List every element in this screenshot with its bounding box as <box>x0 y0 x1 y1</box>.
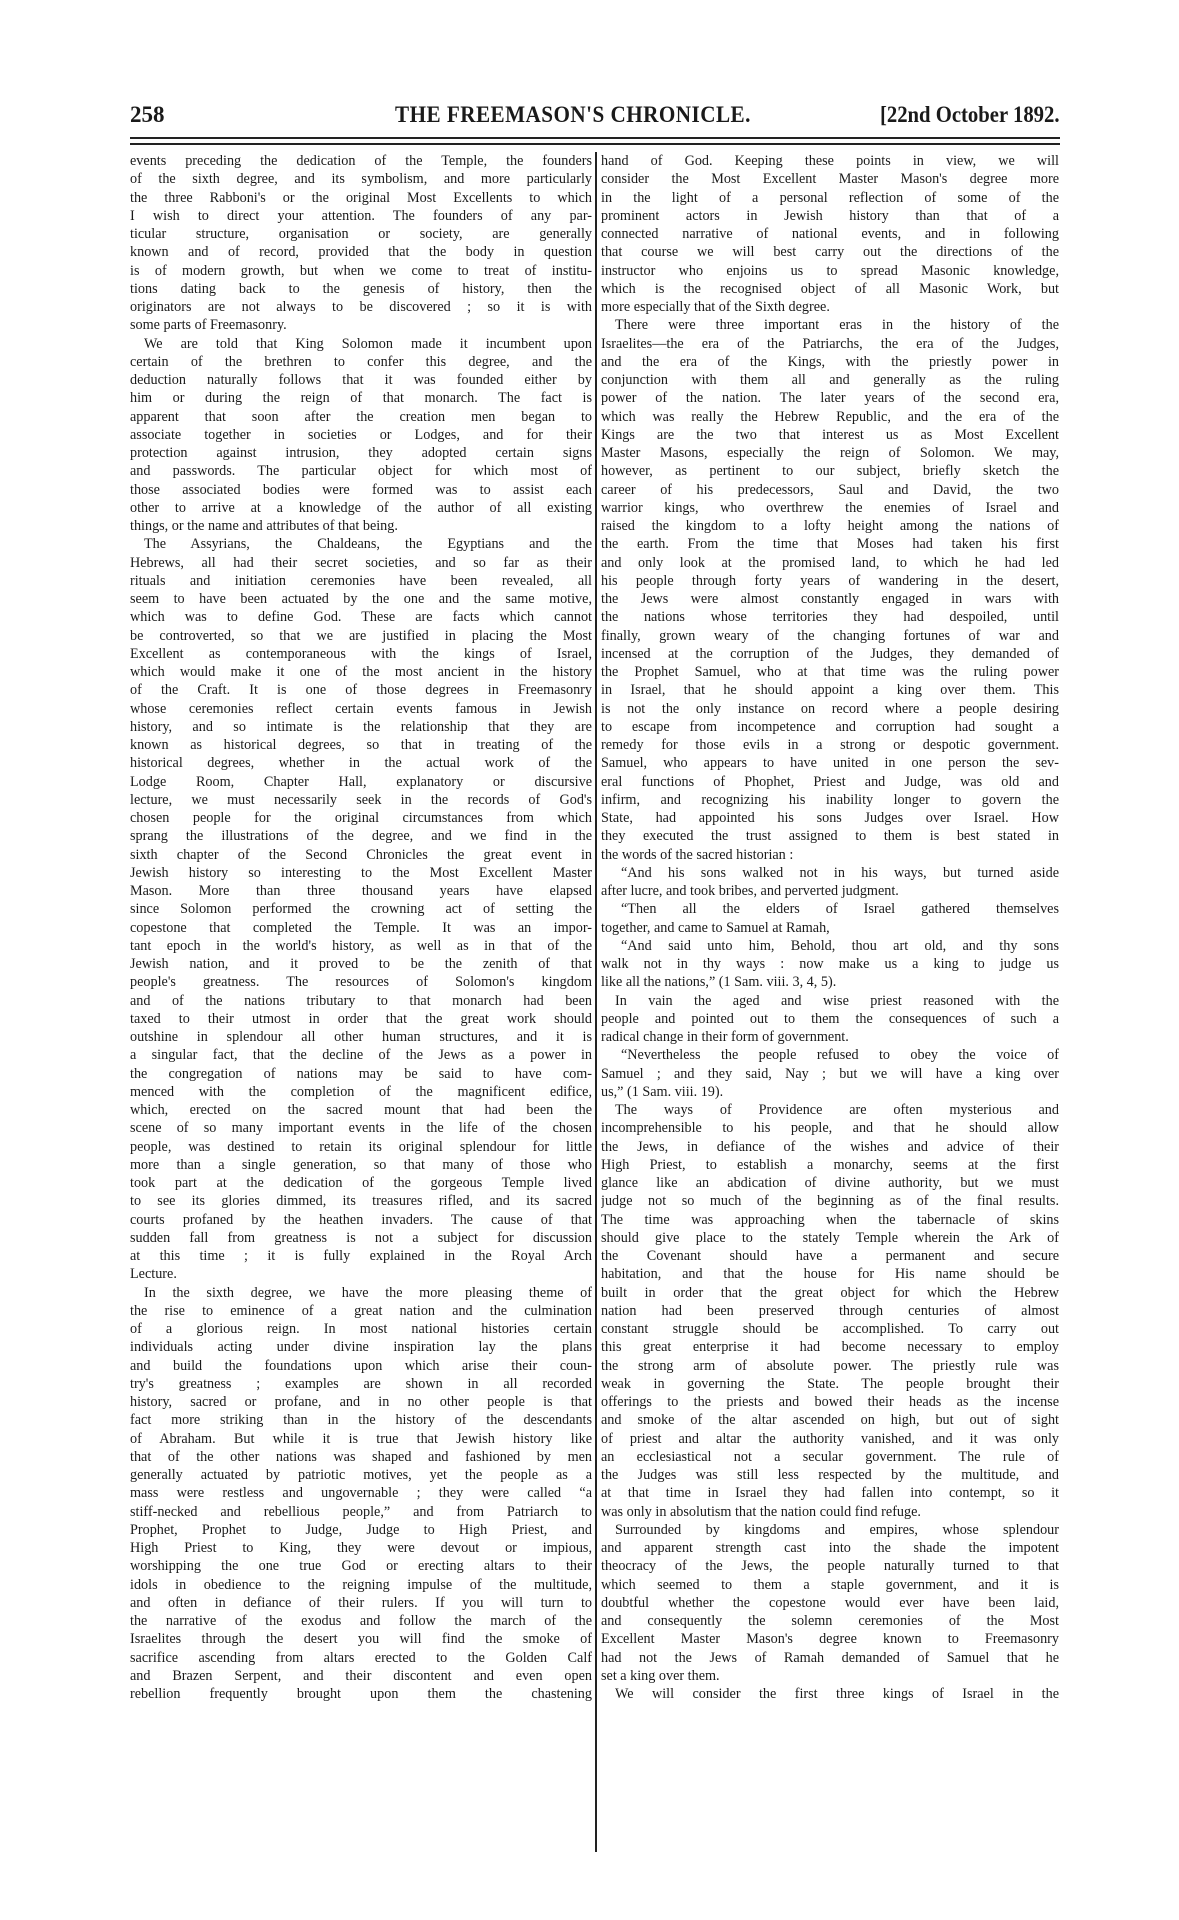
text-line: more than a single generation, so that m… <box>130 1156 592 1174</box>
text-line: like all the nations,” (1 Sam. viii. 3, … <box>601 973 1059 991</box>
text-line: people's greatness. The resources of Sol… <box>130 973 592 991</box>
text-line: offerings to the priests and bowed their… <box>601 1393 1059 1411</box>
text-line: and often in defiance of their rulers. I… <box>130 1594 592 1612</box>
text-line: Kings are the two that interest us as Mo… <box>601 426 1059 444</box>
text-line: other to arrive at a knowledge of the au… <box>130 499 592 517</box>
text-line: known and of record, provided that the b… <box>130 243 592 261</box>
text-line: which would make it one of the most anci… <box>130 663 592 681</box>
text-line: constant struggle should be accomplished… <box>601 1320 1059 1338</box>
text-line: Prophet, Prophet to Judge, Judge to High… <box>130 1521 592 1539</box>
text-line: remedy for those evils in a strong or de… <box>601 736 1059 754</box>
text-line: Samuel, who appears to have united in on… <box>601 754 1059 772</box>
text-line: in the light of a personal reflection of… <box>601 189 1059 207</box>
text-line: “Then all the elders of Israel gathered … <box>601 900 1059 918</box>
text-line: generally actuated by patriotic motives,… <box>130 1466 592 1484</box>
text-line: built in order that the great object for… <box>601 1284 1059 1302</box>
text-line: the words of the sacred historian : <box>601 846 1059 864</box>
text-line: incensed at the corruption of the Judges… <box>601 645 1059 663</box>
text-line: that course we will best carry out the d… <box>601 243 1059 261</box>
text-line: had not the Jews of Ramah demanded of Sa… <box>601 1649 1059 1667</box>
text-line: infirm, and recognizing his inability lo… <box>601 791 1059 809</box>
text-line: The time was approaching when the tabern… <box>601 1211 1059 1229</box>
text-line: and passwords. The particular object for… <box>130 462 592 480</box>
text-line: history, sacred or profane, and in no ot… <box>130 1393 592 1411</box>
text-line: Jewish nation, and it proved to be the z… <box>130 955 592 973</box>
text-line: is of modern growth, but when we come to… <box>130 262 592 280</box>
text-line: Excellent as contemporaneous with the ki… <box>130 645 592 663</box>
text-line: try's greatness ; examples are shown in … <box>130 1375 592 1393</box>
text-line: historical degrees, whether in the actua… <box>130 754 592 772</box>
text-line: Samuel ; and they said, Nay ; but we wil… <box>601 1065 1059 1083</box>
text-line: the Prophet Samuel, who at that time was… <box>601 663 1059 681</box>
text-line: sudden fall from greatness is not a subj… <box>130 1229 592 1247</box>
text-line: which seemed to them a staple government… <box>601 1576 1059 1594</box>
text-line: conjunction with them all and generally … <box>601 371 1059 389</box>
text-line: chosen people for the original circumsta… <box>130 809 592 827</box>
text-line: and apparent strength cast into the shad… <box>601 1539 1059 1557</box>
text-line: at that time in Israel they had fallen i… <box>601 1484 1059 1502</box>
text-line: was only in absolutism that the nation c… <box>601 1503 1059 1521</box>
text-line: should give place to the stately Temple … <box>601 1229 1059 1247</box>
text-line: however, as pertinent to our subject, br… <box>601 462 1059 480</box>
text-line: scene of so many important events in the… <box>130 1119 592 1137</box>
text-line: apparent that soon after the creation me… <box>130 408 592 426</box>
text-line: tant epoch in the world's history, as we… <box>130 937 592 955</box>
text-line: sixth chapter of the Second Chronicles t… <box>130 846 592 864</box>
text-line: walk not in thy ways : now make us a kin… <box>601 955 1059 973</box>
text-line: the Jews were almost constantly engaged … <box>601 590 1059 608</box>
text-line: of the sixth degree, and its symbolism, … <box>130 170 592 188</box>
text-line: and consequently the solemn ceremonies o… <box>601 1612 1059 1630</box>
text-line: which is the recognised object of all Ma… <box>601 280 1059 298</box>
text-line: prominent actors in Jewish history than … <box>601 207 1059 225</box>
text-line: Israelites through the desert you will f… <box>130 1630 592 1648</box>
text-line: which, erected on the sacred mount that … <box>130 1101 592 1119</box>
text-line: which was to define God. These are facts… <box>130 608 592 626</box>
text-line: and build the foundations upon which ari… <box>130 1357 592 1375</box>
text-line: people and pointed out to them the conse… <box>601 1010 1059 1028</box>
text-line: The Assyrians, the Chaldeans, the Egypti… <box>130 535 592 553</box>
text-line: things, or the name and attributes of th… <box>130 517 592 535</box>
masthead: 258 THE FREEMASON'S CHRONICLE. [22nd Oct… <box>130 102 1060 132</box>
text-line: protection against intrusion, they adopt… <box>130 444 592 462</box>
text-line: of priest and altar the authority vanish… <box>601 1430 1059 1448</box>
text-line: I wish to direct your attention. The fou… <box>130 207 592 225</box>
text-line: career of his predecessors, Saul and Dav… <box>601 481 1059 499</box>
text-line: weak in governing the State. The people … <box>601 1375 1059 1393</box>
text-line: finally, grown weary of the changing for… <box>601 627 1059 645</box>
text-line: to see its glories dimmed, its treasures… <box>130 1192 592 1210</box>
text-line: menced with the completion of the magnif… <box>130 1083 592 1101</box>
text-line: the earth. From the time that Moses had … <box>601 535 1059 553</box>
text-line: stiff-necked and rebellious people,” and… <box>130 1503 592 1521</box>
text-line: the Jews, in defiance of the wishes and … <box>601 1138 1059 1156</box>
text-line: certain of the brethren to confer this d… <box>130 353 592 371</box>
text-line: the Judges was still less respected by t… <box>601 1466 1059 1484</box>
column-divider <box>595 152 597 1852</box>
text-line: is not the only instance on record where… <box>601 700 1059 718</box>
text-line: Lodge Room, Chapter Hall, explanatory or… <box>130 773 592 791</box>
page-number: 258 <box>130 102 165 128</box>
text-line: consider the Most Excellent Master Mason… <box>601 170 1059 188</box>
text-line: known as historical degrees, so that in … <box>130 736 592 754</box>
text-line: events preceding the dedication of the T… <box>130 152 592 170</box>
text-line: judge not so much of the beginning as of… <box>601 1192 1059 1210</box>
text-line: In vain the aged and wise priest reasone… <box>601 992 1059 1010</box>
text-line: sprang the illustrations of the degree, … <box>130 827 592 845</box>
text-line: set a king over them. <box>601 1667 1059 1685</box>
text-line: they executed the trust assigned to them… <box>601 827 1059 845</box>
text-line: We are told that King Solomon made it in… <box>130 335 592 353</box>
text-line: associate together in societies or Lodge… <box>130 426 592 444</box>
publication-title: THE FREEMASON'S CHRONICLE. <box>395 102 751 128</box>
text-line: in Israel, that he should appoint a king… <box>601 681 1059 699</box>
text-line: more especially that of the Sixth degree… <box>601 298 1059 316</box>
text-line: theocracy of the Jews, the people natura… <box>601 1557 1059 1575</box>
text-line: of Abraham. But while it is true that Je… <box>130 1430 592 1448</box>
text-line: this great enterprise it had become nece… <box>601 1338 1059 1356</box>
text-line: mass were restless and ungovernable ; th… <box>130 1484 592 1502</box>
text-line: since Solomon performed the crowning act… <box>130 900 592 918</box>
text-line: “And his sons walked not in his ways, bu… <box>601 864 1059 882</box>
text-line: and only look at the promised land, to w… <box>601 554 1059 572</box>
text-line: the three Rabboni's or the original Most… <box>130 189 592 207</box>
text-line: sacrifice ascending from altars erected … <box>130 1649 592 1667</box>
text-line: warrior kings, who overthrew the enemies… <box>601 499 1059 517</box>
text-line: that of the other nations was shaped and… <box>130 1448 592 1466</box>
text-line: Lecture. <box>130 1265 592 1283</box>
text-line: ticular structure, organisation or socie… <box>130 225 592 243</box>
text-line: We will consider the first three kings o… <box>601 1685 1059 1703</box>
text-line: worshipping the one true God or erecting… <box>130 1557 592 1575</box>
text-line: us,” (1 Sam. viii. 19). <box>601 1083 1059 1101</box>
issue-date: [22nd October 1892. <box>880 102 1060 128</box>
text-line: Hebrews, all had their secret societies,… <box>130 554 592 572</box>
text-line: radical change in their form of governme… <box>601 1028 1059 1046</box>
left-column: events preceding the dedication of the T… <box>130 152 592 1703</box>
text-line: Master Masons, especially the reign of S… <box>601 444 1059 462</box>
text-line: the narrative of the exodus and follow t… <box>130 1612 592 1630</box>
text-line: the Covenant should have a permanent and… <box>601 1247 1059 1265</box>
text-line: tions dating back to the genesis of hist… <box>130 280 592 298</box>
text-line: State, had appointed his sons Judges ove… <box>601 809 1059 827</box>
text-line: his people through forty years of wander… <box>601 572 1059 590</box>
text-line: courts profaned by the heathen invaders.… <box>130 1211 592 1229</box>
text-line: and of the nations tributary to that mon… <box>130 992 592 1010</box>
text-line: a singular fact, that the decline of the… <box>130 1046 592 1064</box>
text-line: those associated bodies were formed was … <box>130 481 592 499</box>
text-line: the strong arm of absolute power. The pr… <box>601 1357 1059 1375</box>
text-line: individuals acting under divine inspirat… <box>130 1338 592 1356</box>
text-line: be controverted, so that we are justifie… <box>130 627 592 645</box>
text-line: to escape from incompetence and corrupti… <box>601 718 1059 736</box>
text-line: incomprehensible to his people, and that… <box>601 1119 1059 1137</box>
text-line: copestone that completed the Temple. It … <box>130 919 592 937</box>
text-line: “And said unto him, Behold, thou art old… <box>601 937 1059 955</box>
text-line: people, was destined to retain its origi… <box>130 1138 592 1156</box>
text-line: taxed to their utmost in order that the … <box>130 1010 592 1028</box>
text-line: connected narrative of national events, … <box>601 225 1059 243</box>
text-line: originators are not always to be discove… <box>130 298 592 316</box>
text-line: him or during the reign of that monarch.… <box>130 389 592 407</box>
text-line: rituals and initiation ceremonies have b… <box>130 572 592 590</box>
text-line: raised the kingdom to a lofty height amo… <box>601 517 1059 535</box>
text-line: Mason. More than three thousand years ha… <box>130 882 592 900</box>
text-line: of a glorious reign. In most national hi… <box>130 1320 592 1338</box>
text-line: and Brazen Serpent, and their discontent… <box>130 1667 592 1685</box>
text-line: and the era of the Kings, with the pries… <box>601 353 1059 371</box>
text-line: an ecclesiastical not a secular governme… <box>601 1448 1059 1466</box>
text-line: some parts of Freemasonry. <box>130 316 592 334</box>
header-rule <box>130 137 1060 145</box>
text-line: glance like an abdication of divine auth… <box>601 1174 1059 1192</box>
text-line: lecture, we must necessarily seek in the… <box>130 791 592 809</box>
text-line: Surrounded by kingdoms and empires, whos… <box>601 1521 1059 1539</box>
text-line: deduction naturally follows that it was … <box>130 371 592 389</box>
text-line: doubtful whether the copestone would eve… <box>601 1594 1059 1612</box>
text-line: history, and so intimate is the relation… <box>130 718 592 736</box>
text-line: In the sixth degree, we have the more pl… <box>130 1284 592 1302</box>
text-line: Excellent Master Mason's degree known to… <box>601 1630 1059 1648</box>
text-line: Jewish history so interesting to the Mos… <box>130 864 592 882</box>
text-line: idols in obedience to the reigning impul… <box>130 1576 592 1594</box>
text-line: instructor who enjoins us to spread Maso… <box>601 262 1059 280</box>
text-line: the nations whose territories they had d… <box>601 608 1059 626</box>
text-line: fact more striking than in the history o… <box>130 1411 592 1429</box>
text-line: the rise to eminence of a great nation a… <box>130 1302 592 1320</box>
text-line: took part at the dedication of the gorge… <box>130 1174 592 1192</box>
text-line: of the Craft. It is one of those degrees… <box>130 681 592 699</box>
text-line: and smoke of the altar ascended on high,… <box>601 1411 1059 1429</box>
text-line: Israelites—the era of the Patriarchs, th… <box>601 335 1059 353</box>
text-line: hand of God. Keeping these points in vie… <box>601 152 1059 170</box>
text-line: “Nevertheless the people refused to obey… <box>601 1046 1059 1064</box>
text-line: There were three important eras in the h… <box>601 316 1059 334</box>
text-line: together, and came to Samuel at Ramah, <box>601 919 1059 937</box>
right-column: hand of God. Keeping these points in vie… <box>601 152 1059 1703</box>
text-line: High Priest, to establish a monarchy, se… <box>601 1156 1059 1174</box>
text-line: whose ceremonies reflect certain events … <box>130 700 592 718</box>
text-line: The ways of Providence are often mysteri… <box>601 1101 1059 1119</box>
text-line: rebellion frequently brought upon them t… <box>130 1685 592 1703</box>
text-line: the congregation of nations may be said … <box>130 1065 592 1083</box>
text-line: which was really the Hebrew Republic, an… <box>601 408 1059 426</box>
text-line: nation had been preserved through centur… <box>601 1302 1059 1320</box>
text-line: outshine in splendour all other human st… <box>130 1028 592 1046</box>
text-line: after lucre, and took bribes, and perver… <box>601 882 1059 900</box>
text-line: seem to have been actuated by the one an… <box>130 590 592 608</box>
text-line: habitation, and that the house for His n… <box>601 1265 1059 1283</box>
text-line: High Priest to King, they were devout or… <box>130 1539 592 1557</box>
text-line: power of the nation. The later years of … <box>601 389 1059 407</box>
text-line: eral functions of Phophet, Priest and Ju… <box>601 773 1059 791</box>
text-line: at this time ; it is fully explained in … <box>130 1247 592 1265</box>
